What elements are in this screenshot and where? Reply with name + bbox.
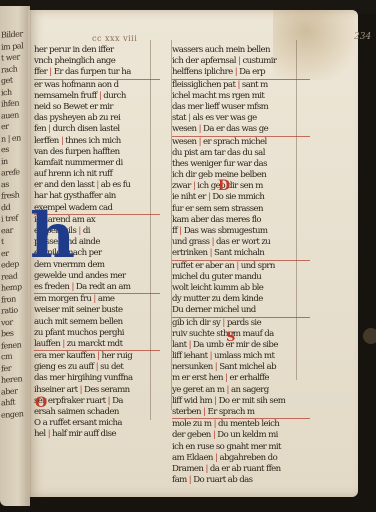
text-line: her perur in den iffer	[34, 45, 160, 56]
text-line: ertrinken | Sant michaln	[172, 248, 310, 260]
left-page-text-fragment: n | en	[1, 133, 21, 143]
text-line: fen | durch disen lastel	[34, 124, 160, 135]
text-line: sterben | Er sprach m	[172, 407, 310, 419]
text-line: dy mutter zu dem kinde	[172, 294, 310, 305]
text-line: michel du guter mandu	[172, 272, 310, 283]
text-line: wolt leicht kumm ab ble	[172, 283, 310, 294]
text-line: em morgen fru | ame	[34, 294, 160, 305]
left-page-text-fragment: heren	[1, 374, 22, 384]
text-line: ffer | Er das furpen tur ha	[34, 67, 160, 79]
left-page-text-fragment: auen	[1, 110, 19, 120]
text-line: ichel macht ms rgen mit	[172, 91, 310, 102]
text-line: thes weniger fur war das	[172, 159, 310, 170]
text-line: ich dir geb meine belben	[172, 170, 310, 181]
left-page-text-fragment: ihfen	[1, 98, 19, 108]
left-page-text-fragment: er	[1, 122, 9, 132]
text-line: kamfait nummermer di	[34, 158, 160, 169]
text-line: Du derner michel und	[172, 305, 310, 317]
left-page-text-fragment: im pal	[1, 41, 23, 52]
left-page-text-fragment: get	[1, 76, 13, 86]
text-line: er and den lasst | ab es fu	[34, 180, 160, 191]
text-line: Dramen | da er ab ruant ffen	[172, 464, 310, 475]
text-line: es freden | Da redt an am	[34, 282, 160, 294]
left-page-text-fragment: in	[1, 156, 8, 165]
text-line: zu pfant muchos perghi	[34, 328, 160, 339]
text-column-right: wassers auch mein bellenich der apfernsa…	[172, 45, 310, 486]
text-line: nemsameln fruff | durch	[34, 91, 160, 102]
left-page-text-fragment: aber	[1, 386, 17, 396]
text-line: ich en ruse so gnaht mer mit	[172, 442, 310, 453]
text-line: liff wid hm | Do er mit sih sem	[172, 396, 310, 407]
text-line: ersah saimen schaden	[34, 407, 160, 418]
left-page-text-fragment: engen	[1, 409, 23, 420]
left-page-text-fragment: vor	[1, 317, 13, 327]
text-line: lerffen | thnes ich mich	[34, 136, 160, 147]
ink-spot	[363, 328, 376, 344]
text-line: ye geret an m | an sagerg	[172, 385, 310, 396]
text-line: lauffen | zu marckt mdt	[34, 339, 160, 351]
text-line: fleissiglichen pat | sant m	[172, 80, 310, 91]
text-line: das mer hirgihing vunffna	[34, 373, 160, 384]
left-page-text-fragment: ich	[1, 87, 12, 97]
left-page-text-fragment: edep	[1, 259, 19, 269]
decorated-initial-red-left: O	[35, 395, 47, 411]
left-page-text-fragment: rach	[1, 64, 17, 74]
left-page-edge: Bilderim palt werrachgetichihfenauenern …	[0, 6, 30, 506]
text-line: stat | als es ver was ge	[172, 113, 310, 124]
left-page-text-fragment: fenen	[1, 340, 21, 350]
left-page-text-fragment: fer	[1, 363, 11, 373]
text-line: ruiv suchte sthum mauf da	[172, 329, 310, 340]
text-line: wassers auch mein bellen	[172, 45, 310, 56]
text-line: ff | Das was sbmugestum	[172, 226, 310, 237]
text-line: van des furpen hafften	[34, 147, 160, 158]
running-header: cc xxx viii	[92, 34, 137, 43]
left-page-text-fragment: es	[1, 145, 9, 155]
decorated-initial-red: D	[218, 178, 230, 194]
text-line: neid so Bewet er mir	[34, 102, 160, 113]
text-line: kam aber das meres flo	[172, 215, 310, 226]
left-page-text-fragment: t wer	[1, 52, 20, 62]
left-page-text-fragment: ahft	[1, 398, 15, 408]
text-line: ihseiner art | Des seramn	[34, 385, 160, 396]
text-line: hel | half mir auff dise	[34, 429, 160, 440]
left-page-text-fragment: bes	[1, 329, 13, 339]
text-line: auf hrenn ich nit ruff	[34, 169, 160, 180]
folio-number: 234	[354, 32, 371, 42]
left-page-text-fragment: t	[1, 237, 4, 246]
text-line: era mer kauffen | her ruig	[34, 351, 160, 362]
left-page-text-fragment: as	[1, 179, 9, 189]
text-line: und grass | das er wort zu	[172, 237, 310, 248]
decorated-initial-red-2: S	[226, 330, 235, 345]
text-line: am Eldaen | abgahreben do	[172, 453, 310, 464]
text-line: fam | Do ruart ab das	[172, 475, 310, 486]
left-page-text-fragment: er	[1, 248, 9, 258]
left-page-text-fragment: Bilder	[1, 29, 23, 40]
text-line: du pist am tar das du sal	[172, 148, 310, 159]
text-line: ie niht er | Do sie mmich	[172, 192, 310, 203]
left-page-text-fragment: read	[1, 271, 17, 281]
text-line: ich der apfernsal | custumir	[172, 56, 310, 67]
left-page-text-fragment: cm	[1, 352, 12, 362]
text-line: ser erpfraker ruart | Da	[34, 396, 160, 407]
text-line: m er erst hen | er erhalffe	[172, 373, 310, 384]
text-line: lant | Da umb er mir de sibe	[172, 340, 310, 351]
text-line: zwar | ich geb dir sen m	[172, 181, 310, 192]
text-line: das pysheyen ab zu rei	[34, 113, 160, 124]
text-line: weiser mit seiner buste	[34, 305, 160, 316]
text-line: wesen | Da er das was ge	[172, 124, 310, 136]
text-line: er was hofmann aon d	[34, 80, 160, 91]
left-page-text-fragment: hemp	[1, 282, 22, 292]
text-line: mole zu m | du menteb leich	[172, 419, 310, 430]
text-line: nersunken | Sant michel ab	[172, 362, 310, 373]
text-line: gieng es zu auff | su det	[34, 362, 160, 373]
left-page-text-fragment: fron	[1, 294, 16, 304]
left-page-text-fragment: i tref	[1, 213, 18, 223]
left-page-text-fragment: dd	[1, 202, 10, 212]
text-line: der geben | Do un keldm mi	[172, 430, 310, 441]
text-line: das mer lieff wuser mfsm	[172, 102, 310, 113]
text-line: gewelde und andes mer	[34, 271, 160, 282]
left-page-text-fragment: ratio	[1, 305, 18, 315]
text-line: gib ich dir sy | pards sie	[172, 318, 310, 329]
text-line: helffens iplichre | Da erp	[172, 67, 310, 79]
text-line: auch mit semem bellen	[34, 317, 160, 328]
text-line: vnch pheinglich ange	[34, 56, 160, 67]
left-page-text-fragment: fresh	[1, 190, 19, 200]
text-line: wesen | er sprach michel	[172, 137, 310, 148]
text-line: ruffet er aber an | und sprn	[172, 261, 310, 272]
decorated-initial-blue: h	[30, 205, 75, 267]
text-line: liff iehant | umlass mich mt	[172, 351, 310, 362]
text-line: O a ruffet ersant micha	[34, 418, 160, 429]
left-page-text-fragment: arefe	[1, 167, 20, 177]
text-line: fur er sem sem strassen	[172, 204, 310, 215]
left-page-text-fragment: ear	[1, 225, 13, 235]
